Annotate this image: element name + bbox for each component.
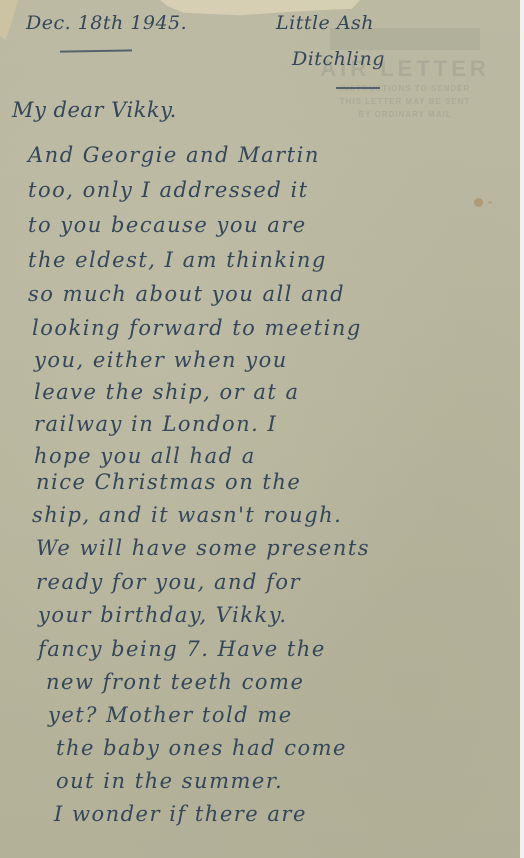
- body-line: nice Christmas on the: [36, 470, 301, 494]
- body-line: too, only I addressed it: [28, 178, 309, 202]
- body-line: railway in London. I: [34, 412, 277, 436]
- print-line: BY ORDINARY MAIL: [320, 108, 490, 121]
- print-line: THIS LETTER MAY BE SENT: [320, 95, 490, 108]
- body-line: the baby ones had come: [56, 736, 347, 760]
- date-underline: [60, 49, 132, 52]
- body-line: ship, and it wasn't rough.: [32, 503, 342, 527]
- body-line: your birthday, Vikky.: [38, 603, 288, 627]
- body-line: out in the summer.: [56, 769, 283, 793]
- body-line: to you because you are: [28, 213, 307, 237]
- body-line: We will have some presents: [36, 536, 370, 560]
- letter-sheet: AIR LETTER INSTRUCTIONS TO SENDER THIS L…: [0, 0, 520, 858]
- bleed-through-print: AIR LETTER INSTRUCTIONS TO SENDER THIS L…: [320, 28, 490, 121]
- body-line: yet? Mother told me: [48, 703, 293, 727]
- body-line: the eldest, I am thinking: [28, 248, 327, 272]
- body-line: fancy being 7. Have the: [38, 637, 326, 661]
- ink-stain: [488, 201, 492, 204]
- address-line-1: Little Ash: [276, 12, 374, 34]
- address-line-2: Ditchling: [292, 48, 385, 70]
- body-line: looking forward to meeting: [32, 316, 362, 340]
- address-underline: [336, 87, 380, 89]
- body-line: so much about you all and: [28, 282, 345, 306]
- paper-edge: [520, 0, 524, 858]
- body-line: leave the ship, or at a: [34, 380, 300, 404]
- ink-stain: [474, 198, 483, 207]
- salutation: My dear Vikky.: [12, 98, 177, 122]
- body-line: you, either when you: [34, 348, 288, 372]
- body-line: hope you all had a: [34, 444, 256, 468]
- body-line: new front teeth come: [46, 670, 304, 694]
- letter-date: Dec. 18th 1945.: [26, 12, 187, 34]
- paper-tear-left: [0, 0, 18, 40]
- body-line: And Georgie and Martin: [28, 143, 320, 167]
- body-line: I wonder if there are: [54, 802, 307, 826]
- body-line: ready for you, and for: [36, 570, 301, 594]
